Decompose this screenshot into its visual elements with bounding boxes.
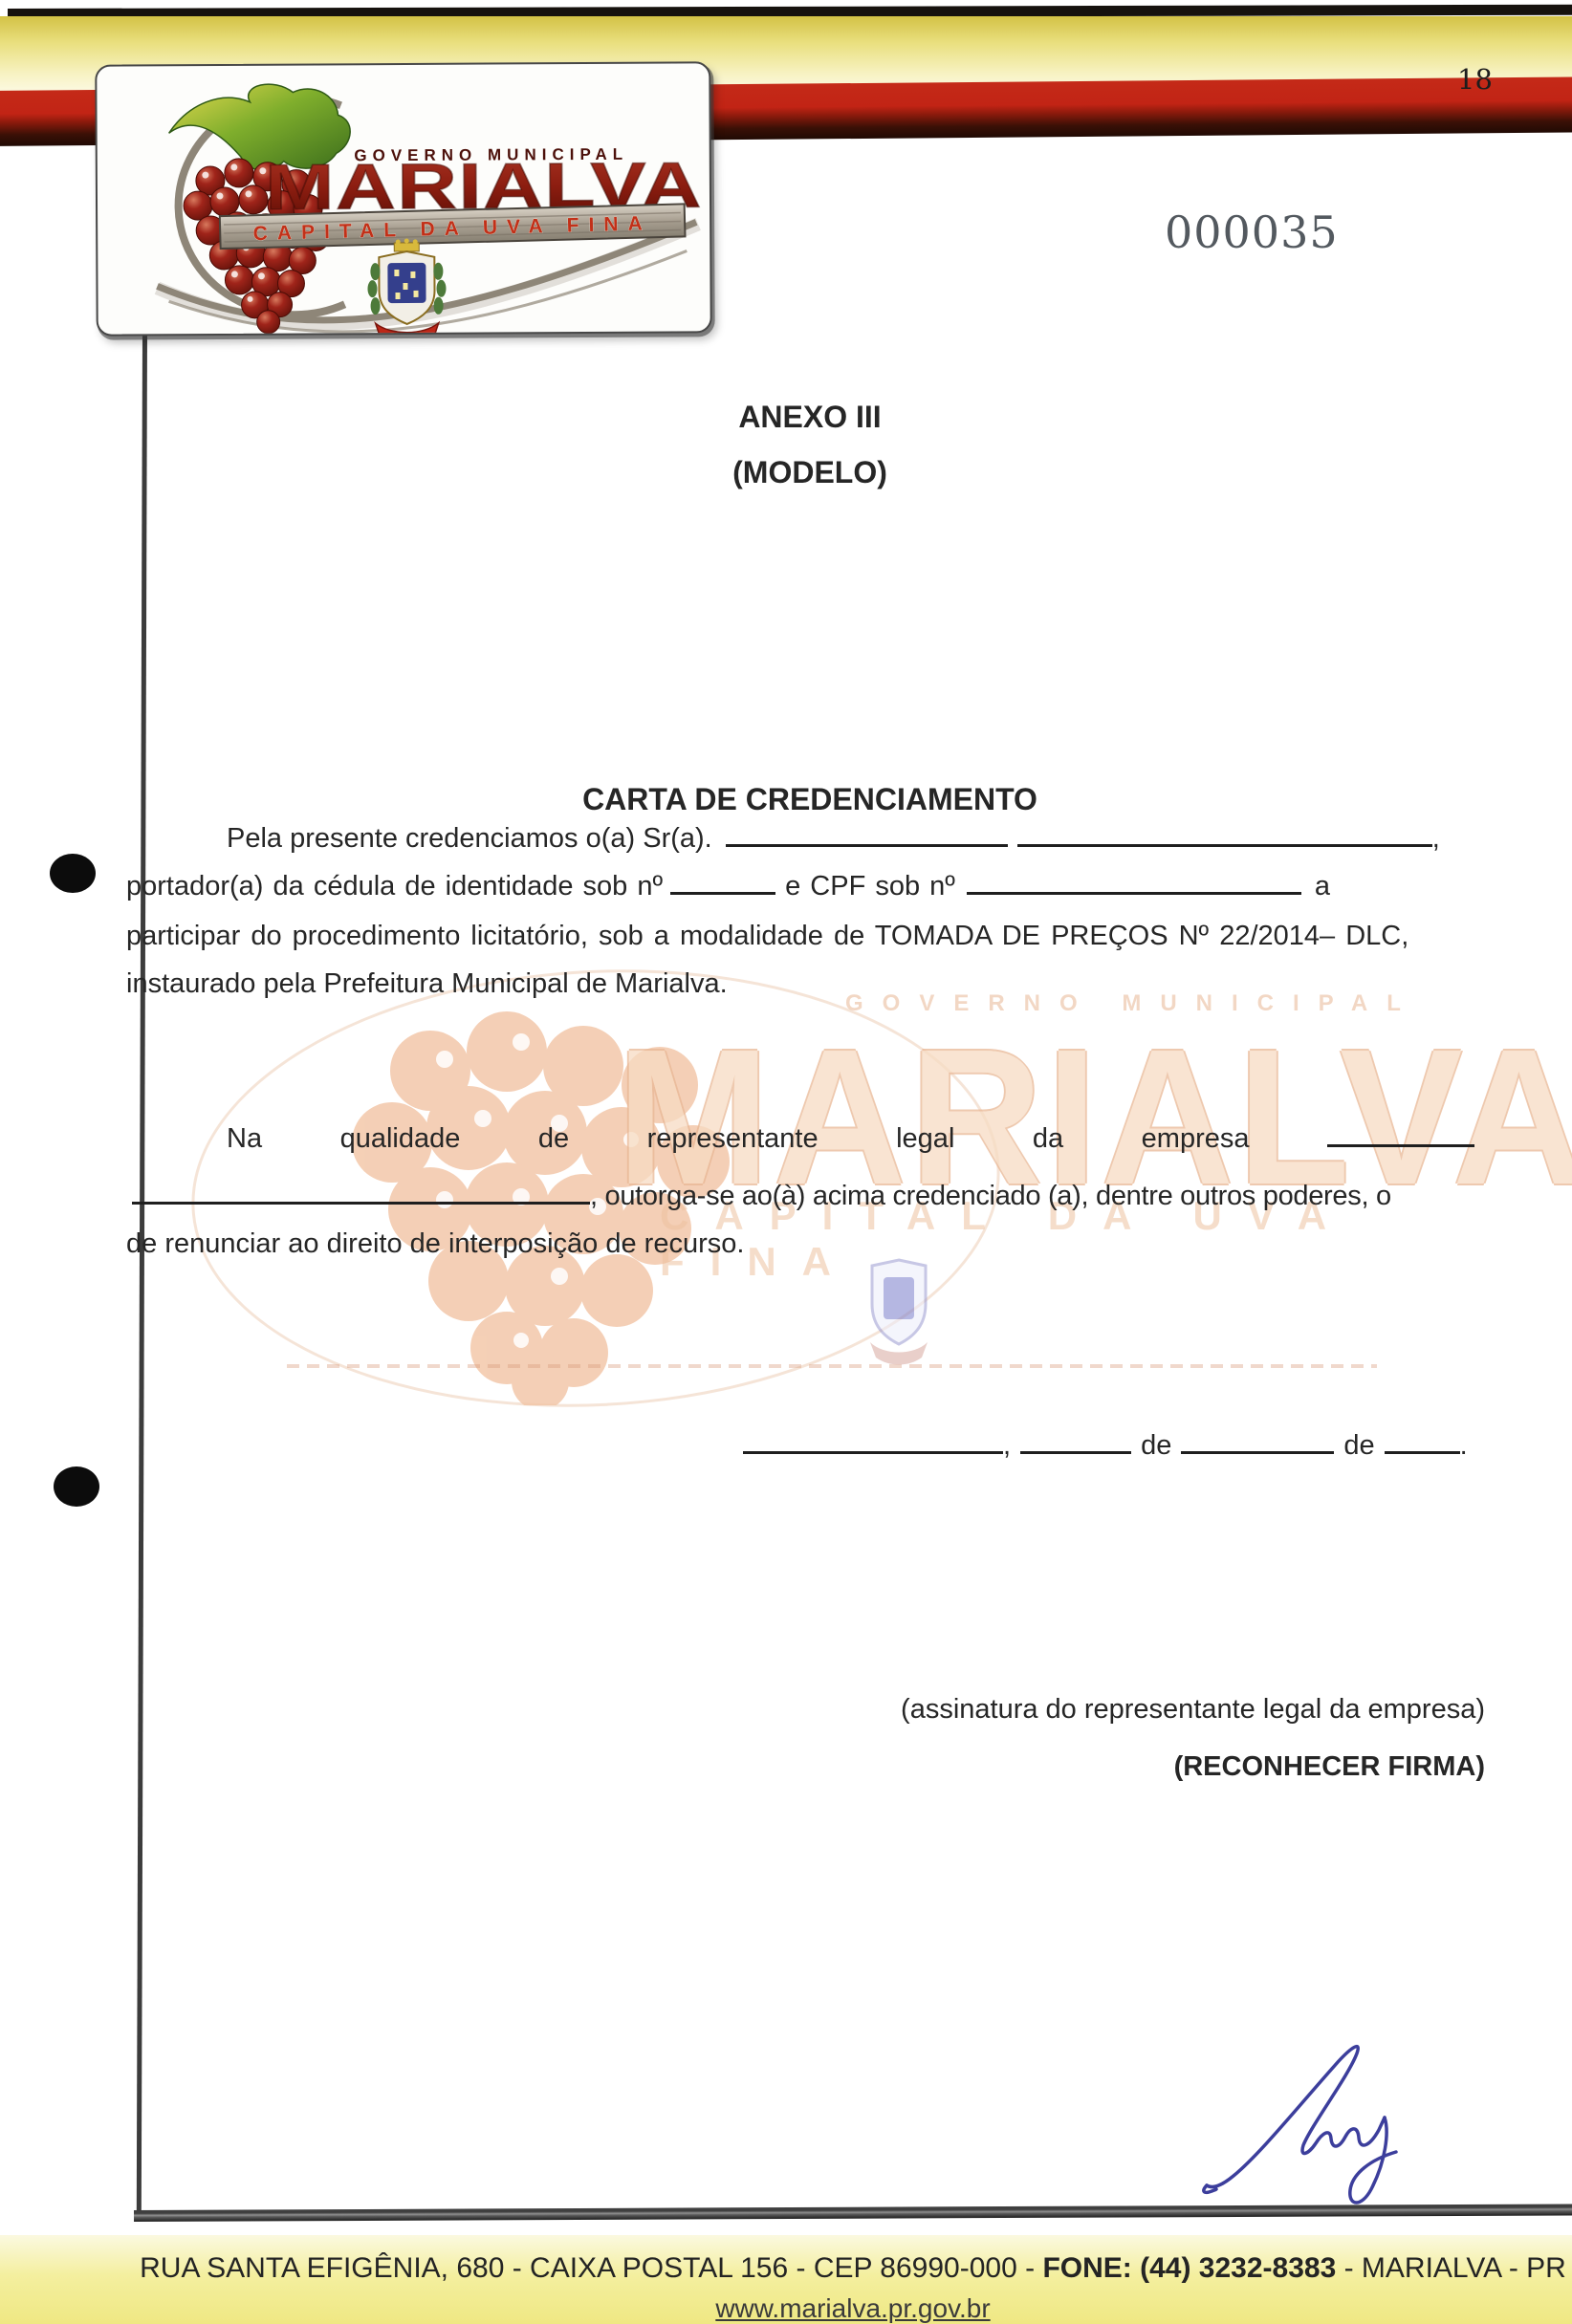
hole-punch-top (50, 854, 96, 893)
date-period: . (1460, 1430, 1468, 1461)
fill-blank-name2 (1017, 842, 1432, 847)
paragraph2-line3: de renunciar ao direito de interposição … (126, 1228, 744, 1260)
paragraph1-line2: portador(a) da cédula de identidade sob … (126, 871, 1330, 902)
p2-word: legal (896, 1123, 954, 1155)
p1-l2-text-a: portador(a) da cédula de identidade sob … (126, 871, 663, 901)
marialva-logo: GOVERNO MUNICIPAL MARIALVA CAPITAL DA UV… (97, 63, 710, 334)
date-de1: de (1141, 1430, 1171, 1461)
hole-punch-bottom (54, 1466, 99, 1507)
footer-website-line: www.marialva.pr.gov.br (134, 2292, 1572, 2324)
p2-word: representante (647, 1123, 819, 1155)
page-number: 18 (1457, 63, 1493, 96)
signature-caption: (assinatura do representante legal da em… (901, 1694, 1485, 1726)
footer-address-line: RUA SANTA EFIGÊNIA, 680 - CAIXA POSTAL 1… (134, 2252, 1572, 2285)
p1-l2-text-b: e CPF sob nº (785, 871, 955, 901)
fill-blank-month (1181, 1449, 1334, 1454)
paragraph2-line2: , outorga-se ao(à) acima credenciado (a)… (132, 1181, 1391, 1212)
p2-word: qualidade (340, 1123, 461, 1155)
fill-blank-name1 (726, 842, 1008, 847)
paragraph1-line1: Pela presente credenciamos o(a) Sr(a)., (227, 823, 1440, 855)
p2-word: Na (227, 1123, 262, 1155)
paragraph2-line1: Na qualidade de representante legal da e… (227, 1123, 1474, 1155)
p2-word: empresa (1142, 1123, 1250, 1155)
footer-address-suffix: - MARIALVA - PR (1336, 2252, 1566, 2284)
watermark-banner-line (287, 1364, 1377, 1368)
fill-blank-company (1327, 1142, 1474, 1147)
fill-blank-identity (670, 890, 775, 895)
doc-stamp-number: 000035 (1165, 206, 1339, 258)
fill-blank-cpf (967, 890, 1301, 895)
p1-l1-comma: , (1432, 823, 1440, 854)
signature-ink (1193, 2025, 1423, 2216)
document-title: CARTA DE CREDENCIAMENTO (143, 782, 1476, 817)
fill-blank-company2 (132, 1200, 590, 1205)
footer-website: www.marialva.pr.gov.br (715, 2293, 990, 2323)
fill-blank-year (1385, 1449, 1460, 1454)
p1-l2-text-c: a (1315, 871, 1330, 901)
paragraph1-line4: instaurado pela Prefeitura Municipal de … (126, 968, 728, 1000)
date-de2: de (1343, 1430, 1374, 1461)
scanned-document-page: 18 000035 GOVERNO MUNICIPAL MARIALVA CAP… (0, 0, 1572, 2324)
left-border-line (137, 330, 147, 2219)
footer-address: RUA SANTA EFIGÊNIA, 680 - CAIXA POSTAL 1… (140, 2252, 1042, 2284)
p2-l2-text: , outorga-se ao(à) acima credenciado (a)… (590, 1181, 1391, 1211)
notarize-caption: (RECONHECER FIRMA) (1174, 1751, 1485, 1783)
fill-blank-city-date (743, 1449, 1003, 1454)
watermark-coat-of-arms (861, 1250, 937, 1375)
p2-word: da (1033, 1123, 1063, 1155)
date-line: ,dede. (743, 1430, 1468, 1462)
annex-title: ANEXO III (143, 400, 1476, 435)
footer-phone: FONE: (44) 3232-8383 (1042, 2252, 1336, 2284)
fill-blank-day (1020, 1449, 1131, 1454)
p1-l1-text: Pela presente credenciamos o(a) Sr(a). (227, 823, 712, 854)
model-title: (MODELO) (143, 455, 1476, 490)
date-comma: , (1003, 1430, 1011, 1461)
logo-card: GOVERNO MUNICIPAL MARIALVA CAPITAL DA UV… (95, 61, 711, 336)
watermark-governo-text: GOVERNO MUNICIPAL (845, 990, 1420, 1017)
paragraph1-line3: participar do procedimento licitatório, … (126, 921, 1408, 952)
p2-word: de (538, 1123, 569, 1155)
